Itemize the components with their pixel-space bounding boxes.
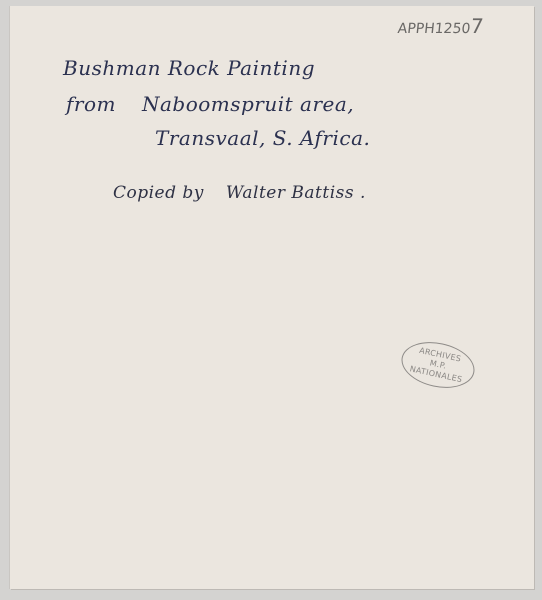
catalog-digits: 1250	[434, 21, 471, 37]
inscription-credit: Copied byWalter Battiss .	[113, 183, 366, 203]
inscription-region: Transvaal, S. Africa.	[155, 126, 370, 150]
catalog-prefix: APPH	[397, 21, 436, 37]
inscription-location: fromNaboomspruit area,	[66, 92, 354, 116]
inscription-title: Bushman Rock Painting	[63, 56, 315, 80]
catalog-last-digit: 7	[469, 14, 484, 38]
inscription-place: Naboomspruit area,	[142, 92, 354, 116]
inscription-copied-by: Copied by	[113, 183, 204, 203]
catalog-number: APPH12507	[397, 14, 485, 38]
inscription-artist: Walter Battiss .	[226, 183, 366, 203]
inscription-from: from	[66, 92, 116, 116]
